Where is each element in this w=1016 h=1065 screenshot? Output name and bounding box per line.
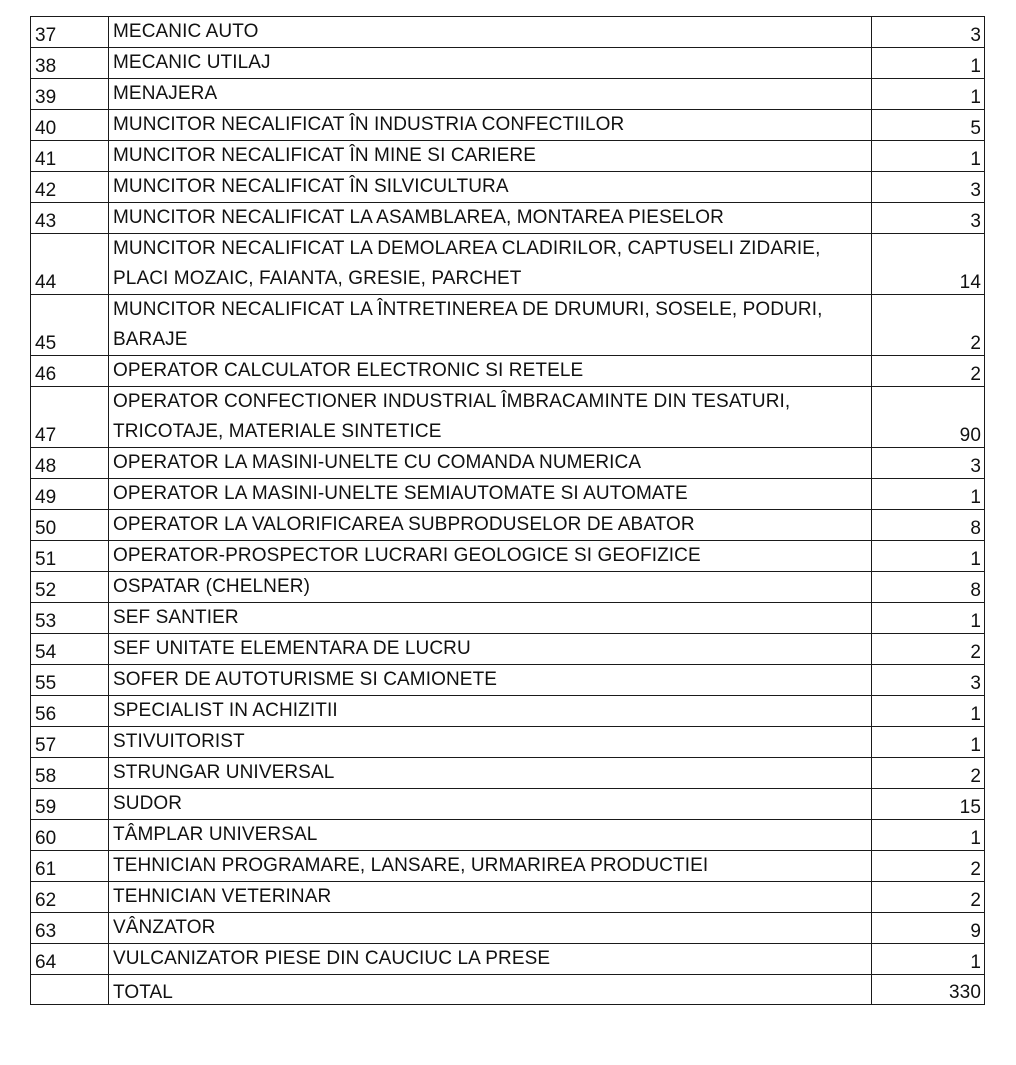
occupation-name-cell: SEF SANTIER (109, 603, 872, 634)
occupation-name-line: OPERATOR LA VALORIFICAREA SUBPRODUSELOR … (113, 510, 868, 540)
occupation-name-line: SEF SANTIER (113, 603, 868, 633)
occupation-name-line: TEHNICIAN PROGRAMARE, LANSARE, URMARIREA… (113, 851, 868, 881)
row-number-cell: 48 (31, 448, 109, 479)
row-number-cell: 41 (31, 141, 109, 172)
row-number-cell: 38 (31, 48, 109, 79)
vacancy-count-cell: 3 (872, 665, 985, 696)
vacancy-count-cell: 1 (872, 727, 985, 758)
occupation-name-line: TÂMPLAR UNIVERSAL (113, 820, 868, 850)
occupation-name-cell: MUNCITOR NECALIFICAT ÎN INDUSTRIA CONFEC… (109, 110, 872, 141)
occupation-name-line: SOFER DE AUTOTURISME SI CAMIONETE (113, 665, 868, 695)
table-row: 37MECANIC AUTO3 (31, 17, 985, 48)
table-row: 48OPERATOR LA MASINI-UNELTE CU COMANDA N… (31, 448, 985, 479)
occupations-table: 37MECANIC AUTO338MECANIC UTILAJ139MENAJE… (30, 16, 985, 1005)
row-number-cell: 63 (31, 913, 109, 944)
occupation-name-cell: MUNCITOR NECALIFICAT ÎN SILVICULTURA (109, 172, 872, 203)
occupation-name-cell: OPERATOR LA MASINI-UNELTE SEMIAUTOMATE S… (109, 479, 872, 510)
row-number-cell: 54 (31, 634, 109, 665)
vacancy-count-cell: 1 (872, 541, 985, 572)
occupation-name-line: SPECIALIST IN ACHIZITII (113, 696, 868, 726)
vacancy-count-cell: 1 (872, 479, 985, 510)
table-row: 45MUNCITOR NECALIFICAT LA ÎNTRETINEREA D… (31, 295, 985, 356)
occupation-name-line: STRUNGAR UNIVERSAL (113, 758, 868, 788)
occupation-name-cell: MUNCITOR NECALIFICAT LA DEMOLAREA CLADIR… (109, 234, 872, 295)
table-row: 47OPERATOR CONFECTIONER INDUSTRIAL ÎMBRA… (31, 387, 985, 448)
row-number-cell: 51 (31, 541, 109, 572)
vacancy-count-cell: 8 (872, 510, 985, 541)
vacancy-count-cell: 3 (872, 17, 985, 48)
vacancy-count-cell: 3 (872, 172, 985, 203)
row-number-cell: 40 (31, 110, 109, 141)
total-row: TOTAL 330 (31, 975, 985, 1005)
row-number-cell: 39 (31, 79, 109, 110)
table-row: 53SEF SANTIER1 (31, 603, 985, 634)
row-number-cell: 50 (31, 510, 109, 541)
row-number-cell: 56 (31, 696, 109, 727)
row-number-cell: 47 (31, 387, 109, 448)
vacancy-count-cell: 2 (872, 295, 985, 356)
vacancy-count-cell: 1 (872, 696, 985, 727)
occupation-name-cell: TÂMPLAR UNIVERSAL (109, 820, 872, 851)
occupation-name-line: BARAJE (113, 325, 868, 355)
occupation-name-cell: MECANIC AUTO (109, 17, 872, 48)
table-row: 60TÂMPLAR UNIVERSAL1 (31, 820, 985, 851)
vacancy-count-cell: 2 (872, 356, 985, 387)
table-row: 58STRUNGAR UNIVERSAL2 (31, 758, 985, 789)
occupation-name-line: MUNCITOR NECALIFICAT LA ASAMBLAREA, MONT… (113, 203, 868, 233)
occupation-name-cell: OPERATOR-PROSPECTOR LUCRARI GEOLOGICE SI… (109, 541, 872, 572)
table-row: 62TEHNICIAN VETERINAR2 (31, 882, 985, 913)
vacancy-count-cell: 3 (872, 203, 985, 234)
table-row: 38MECANIC UTILAJ1 (31, 48, 985, 79)
occupation-name-line: VÂNZATOR (113, 913, 868, 943)
table-row: 42MUNCITOR NECALIFICAT ÎN SILVICULTURA3 (31, 172, 985, 203)
table-row: 56SPECIALIST IN ACHIZITII1 (31, 696, 985, 727)
table-row: 43MUNCITOR NECALIFICAT LA ASAMBLAREA, MO… (31, 203, 985, 234)
table-row: 44MUNCITOR NECALIFICAT LA DEMOLAREA CLAD… (31, 234, 985, 295)
document-page: 37MECANIC AUTO338MECANIC UTILAJ139MENAJE… (30, 16, 984, 1005)
table-row: 55SOFER DE AUTOTURISME SI CAMIONETE3 (31, 665, 985, 696)
occupation-name-cell: OSPATAR (CHELNER) (109, 572, 872, 603)
table-row: 49OPERATOR LA MASINI-UNELTE SEMIAUTOMATE… (31, 479, 985, 510)
occupation-name-line: MENAJERA (113, 79, 868, 109)
row-number-cell: 53 (31, 603, 109, 634)
table-body: 37MECANIC AUTO338MECANIC UTILAJ139MENAJE… (31, 17, 985, 1005)
row-number-cell: 52 (31, 572, 109, 603)
occupation-name-cell: MECANIC UTILAJ (109, 48, 872, 79)
occupation-name-line: OPERATOR LA MASINI-UNELTE SEMIAUTOMATE S… (113, 479, 868, 509)
total-count-cell: 330 (872, 975, 985, 1005)
occupation-name-cell: SEF UNITATE ELEMENTARA DE LUCRU (109, 634, 872, 665)
occupation-name-line: TEHNICIAN VETERINAR (113, 882, 868, 912)
row-number-cell: 57 (31, 727, 109, 758)
table-row: 52OSPATAR (CHELNER)8 (31, 572, 985, 603)
occupation-name-cell: VÂNZATOR (109, 913, 872, 944)
vacancy-count-cell: 2 (872, 758, 985, 789)
row-number-cell: 55 (31, 665, 109, 696)
occupation-name-cell: MUNCITOR NECALIFICAT LA ASAMBLAREA, MONT… (109, 203, 872, 234)
row-number-cell: 59 (31, 789, 109, 820)
vacancy-count-cell: 15 (872, 789, 985, 820)
occupation-name-line: PLACI MOZAIC, FAIANTA, GRESIE, PARCHET (113, 264, 868, 294)
occupation-name-cell: OPERATOR CONFECTIONER INDUSTRIAL ÎMBRACA… (109, 387, 872, 448)
row-number-cell: 46 (31, 356, 109, 387)
occupation-name-line: MUNCITOR NECALIFICAT ÎN MINE SI CARIERE (113, 141, 868, 171)
occupation-name-cell: TEHNICIAN PROGRAMARE, LANSARE, URMARIREA… (109, 851, 872, 882)
table-row: 39MENAJERA1 (31, 79, 985, 110)
occupation-name-line: VULCANIZATOR PIESE DIN CAUCIUC LA PRESE (113, 944, 868, 974)
vacancy-count-cell: 1 (872, 603, 985, 634)
occupation-name-line: OPERATOR-PROSPECTOR LUCRARI GEOLOGICE SI… (113, 541, 868, 571)
row-number-cell: 49 (31, 479, 109, 510)
occupation-name-line: MUNCITOR NECALIFICAT ÎN INDUSTRIA CONFEC… (113, 110, 868, 140)
occupation-name-cell: STRUNGAR UNIVERSAL (109, 758, 872, 789)
row-number-cell: 62 (31, 882, 109, 913)
occupation-name-line: MUNCITOR NECALIFICAT ÎN SILVICULTURA (113, 172, 868, 202)
occupation-name-line: OPERATOR LA MASINI-UNELTE CU COMANDA NUM… (113, 448, 868, 478)
occupation-name-cell: TEHNICIAN VETERINAR (109, 882, 872, 913)
table-row: 46OPERATOR CALCULATOR ELECTRONIC SI RETE… (31, 356, 985, 387)
occupation-name-line: OSPATAR (CHELNER) (113, 572, 868, 602)
vacancy-count-cell: 1 (872, 820, 985, 851)
vacancy-count-cell: 1 (872, 944, 985, 975)
table-row: 50OPERATOR LA VALORIFICAREA SUBPRODUSELO… (31, 510, 985, 541)
vacancy-count-cell: 1 (872, 79, 985, 110)
vacancy-count-cell: 2 (872, 851, 985, 882)
row-number-cell: 60 (31, 820, 109, 851)
occupation-name-cell: VULCANIZATOR PIESE DIN CAUCIUC LA PRESE (109, 944, 872, 975)
table-row: 63VÂNZATOR9 (31, 913, 985, 944)
table-row: 40MUNCITOR NECALIFICAT ÎN INDUSTRIA CONF… (31, 110, 985, 141)
occupation-name-cell: OPERATOR LA VALORIFICAREA SUBPRODUSELOR … (109, 510, 872, 541)
vacancy-count-cell: 1 (872, 48, 985, 79)
vacancy-count-cell: 9 (872, 913, 985, 944)
table-row: 57STIVUITORIST1 (31, 727, 985, 758)
row-number-cell: 44 (31, 234, 109, 295)
table-row: 61TEHNICIAN PROGRAMARE, LANSARE, URMARIR… (31, 851, 985, 882)
occupation-name-cell: OPERATOR LA MASINI-UNELTE CU COMANDA NUM… (109, 448, 872, 479)
row-number-cell: 64 (31, 944, 109, 975)
occupation-name-line: STIVUITORIST (113, 727, 868, 757)
vacancy-count-cell: 90 (872, 387, 985, 448)
total-label-cell: TOTAL (109, 975, 872, 1005)
occupation-name-cell: MENAJERA (109, 79, 872, 110)
vacancy-count-cell: 8 (872, 572, 985, 603)
occupation-name-cell: MUNCITOR NECALIFICAT ÎN MINE SI CARIERE (109, 141, 872, 172)
occupation-name-line: MUNCITOR NECALIFICAT LA DEMOLAREA CLADIR… (113, 234, 868, 264)
vacancy-count-cell: 2 (872, 882, 985, 913)
occupation-name-line: SUDOR (113, 789, 868, 819)
row-number-cell: 58 (31, 758, 109, 789)
table-row: 54SEF UNITATE ELEMENTARA DE LUCRU2 (31, 634, 985, 665)
vacancy-count-cell: 1 (872, 141, 985, 172)
row-number-cell: 61 (31, 851, 109, 882)
table-row: 64VULCANIZATOR PIESE DIN CAUCIUC LA PRES… (31, 944, 985, 975)
occupation-name-line: TRICOTAJE, MATERIALE SINTETICE (113, 417, 868, 447)
vacancy-count-cell: 3 (872, 448, 985, 479)
occupation-name-cell: OPERATOR CALCULATOR ELECTRONIC SI RETELE (109, 356, 872, 387)
row-number-cell: 45 (31, 295, 109, 356)
occupation-name-line: OPERATOR CALCULATOR ELECTRONIC SI RETELE (113, 356, 868, 386)
vacancy-count-cell: 14 (872, 234, 985, 295)
occupation-name-line: OPERATOR CONFECTIONER INDUSTRIAL ÎMBRACA… (113, 387, 868, 417)
row-number-cell: 37 (31, 17, 109, 48)
table-row: 51OPERATOR-PROSPECTOR LUCRARI GEOLOGICE … (31, 541, 985, 572)
occupation-name-line: MECANIC UTILAJ (113, 48, 868, 78)
row-number-cell: 43 (31, 203, 109, 234)
table-row: 41MUNCITOR NECALIFICAT ÎN MINE SI CARIER… (31, 141, 985, 172)
occupation-name-cell: SUDOR (109, 789, 872, 820)
occupation-name-line: SEF UNITATE ELEMENTARA DE LUCRU (113, 634, 868, 664)
total-nr-cell (31, 975, 109, 1005)
occupation-name-line: MECANIC AUTO (113, 17, 868, 47)
table-row: 59SUDOR15 (31, 789, 985, 820)
occupation-name-line: MUNCITOR NECALIFICAT LA ÎNTRETINEREA DE … (113, 295, 868, 325)
row-number-cell: 42 (31, 172, 109, 203)
occupation-name-cell: STIVUITORIST (109, 727, 872, 758)
occupation-name-cell: SOFER DE AUTOTURISME SI CAMIONETE (109, 665, 872, 696)
vacancy-count-cell: 2 (872, 634, 985, 665)
vacancy-count-cell: 5 (872, 110, 985, 141)
occupation-name-cell: MUNCITOR NECALIFICAT LA ÎNTRETINEREA DE … (109, 295, 872, 356)
occupation-name-cell: SPECIALIST IN ACHIZITII (109, 696, 872, 727)
